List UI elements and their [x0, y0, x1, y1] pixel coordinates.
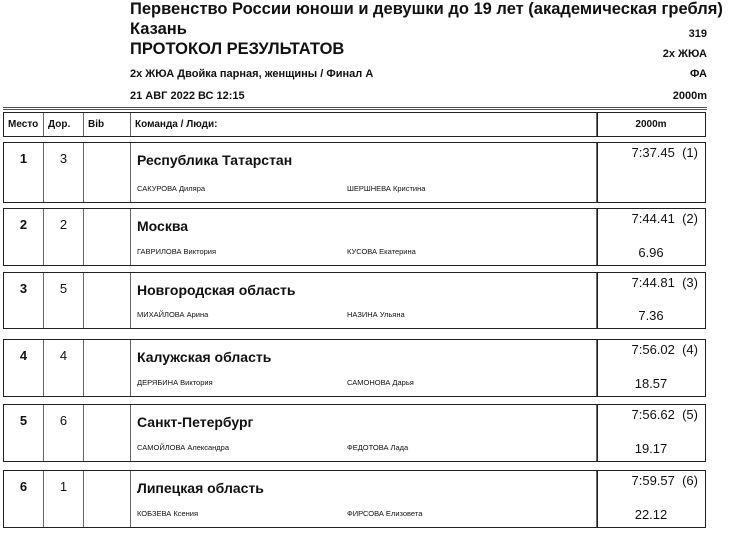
crew-member-1: КОБЗЕВА Ксения [137, 509, 198, 518]
lane: 4 [44, 340, 84, 396]
divider [3, 107, 707, 108]
crew-member-1: САКУРОВА Диляра [137, 184, 205, 193]
team-name: Новгородская область [131, 273, 596, 298]
time-cell: 7:56.02 (4) 18.57 [597, 340, 704, 396]
event-name: 2x ЖЮА Двойка парная, женщины / Финал А [130, 68, 373, 80]
crew-member-1: ГАВРИЛОВА Виктория [137, 247, 216, 256]
finish-time: 7:37.45 (1) [632, 145, 699, 160]
document-title: ПРОТОКОЛ РЕЗУЛЬТАТОВ [130, 40, 344, 59]
bib [84, 340, 131, 396]
team-name: Липецкая область [131, 471, 596, 496]
time-cell: 7:37.45 (1) [597, 143, 704, 202]
table-header: Место Дор. Bib Команда / Люди: 2000m [3, 112, 706, 137]
crew-member-2: ШЕРШНЕВА Кристина [347, 184, 425, 193]
column-header-split: 2000m [597, 113, 704, 136]
bib [84, 143, 131, 202]
place: 4 [4, 340, 44, 396]
team-name: Республика Татарстан [131, 143, 596, 168]
column-header-bib: Bib [84, 113, 131, 136]
place: 6 [4, 471, 44, 527]
crew-member-2: ФИРСОВА Елизовета [347, 509, 422, 518]
table-row: 6 1 Липецкая область КОБЗЕВА Ксения ФИРС… [3, 470, 706, 528]
lane: 2 [44, 209, 84, 265]
time-cell: 7:44.81 (3) 7.36 [597, 273, 704, 328]
race-number: 319 [689, 28, 707, 40]
race-code: ФА [690, 68, 707, 80]
team-cell: Калужская область ДЕРЯБИНА Виктория САМО… [131, 340, 597, 396]
boat-class: 2x ЖЮА [663, 48, 707, 60]
finish-time: 7:56.02 (4) [632, 342, 699, 357]
crew-member-1: САМОЙЛОВА Александра [137, 443, 229, 452]
crew-member-1: ДЕРЯБИНА Виктория [137, 378, 213, 387]
competition-title: Первенство России юноши и девушки до 19 … [130, 0, 723, 19]
crew-member-2: КУСОВА Екатерина [347, 247, 416, 256]
finish-time: 7:56.62 (5) [632, 407, 699, 422]
place: 5 [4, 405, 44, 461]
bib [84, 405, 131, 461]
time-cell: 7:56.62 (5) 19.17 [597, 405, 704, 461]
lane: 3 [44, 143, 84, 202]
place: 3 [4, 273, 44, 328]
time-behind: 19.17 [598, 441, 704, 456]
finish-time: 7:44.81 (3) [632, 275, 699, 290]
column-header-team: Команда / Люди: [131, 113, 597, 136]
bib [84, 273, 131, 328]
team-cell: Москва ГАВРИЛОВА Виктория КУСОВА Екатери… [131, 209, 597, 265]
lane: 6 [44, 405, 84, 461]
team-cell: Липецкая область КОБЗЕВА Ксения ФИРСОВА … [131, 471, 597, 527]
crew-member-2: НАЗИНА Ульяна [347, 310, 405, 319]
time-behind: 7.36 [598, 308, 704, 323]
table-row: 1 3 Республика Татарстан САКУРОВА Диляра… [3, 142, 706, 203]
place: 1 [4, 143, 44, 202]
crew-member-2: ФЕДОТОВА Лада [347, 443, 408, 452]
team-cell: Новгородская область МИХАЙЛОВА Арина НАЗ… [131, 273, 597, 328]
crew-member-1: МИХАЙЛОВА Арина [137, 310, 208, 319]
time-behind: 18.57 [598, 376, 704, 391]
divider [3, 109, 707, 110]
bib [84, 471, 131, 527]
column-header-lane: Дор. [44, 113, 84, 136]
time-behind: 22.12 [598, 507, 704, 522]
finish-time: 7:44.41 (2) [632, 211, 699, 226]
time-behind: 6.96 [598, 245, 704, 260]
table-row: 4 4 Калужская область ДЕРЯБИНА Виктория … [3, 339, 706, 397]
time-cell: 7:59.57 (6) 22.12 [597, 471, 704, 527]
table-row: 3 5 Новгородская область МИХАЙЛОВА Арина… [3, 272, 706, 329]
table-row: 2 2 Москва ГАВРИЛОВА Виктория КУСОВА Ека… [3, 208, 706, 266]
bib [84, 209, 131, 265]
time-cell: 7:44.41 (2) 6.96 [597, 209, 704, 265]
crew-member-2: САМОНОВА Дарья [347, 378, 414, 387]
column-header-place: Место [4, 113, 44, 136]
team-cell: Санкт-Петербург САМОЙЛОВА Александра ФЕД… [131, 405, 597, 461]
team-name: Москва [131, 209, 596, 234]
table-row: 5 6 Санкт-Петербург САМОЙЛОВА Александра… [3, 404, 706, 462]
team-name: Санкт-Петербург [131, 405, 596, 430]
lane: 5 [44, 273, 84, 328]
venue-city: Казань [130, 20, 187, 39]
lane: 1 [44, 471, 84, 527]
team-cell: Республика Татарстан САКУРОВА Диляра ШЕР… [131, 143, 597, 202]
place: 2 [4, 209, 44, 265]
race-distance: 2000m [673, 90, 707, 102]
race-datetime: 21 АВГ 2022 ВС 12:15 [130, 90, 245, 102]
team-name: Калужская область [131, 340, 596, 365]
finish-time: 7:59.57 (6) [632, 473, 699, 488]
